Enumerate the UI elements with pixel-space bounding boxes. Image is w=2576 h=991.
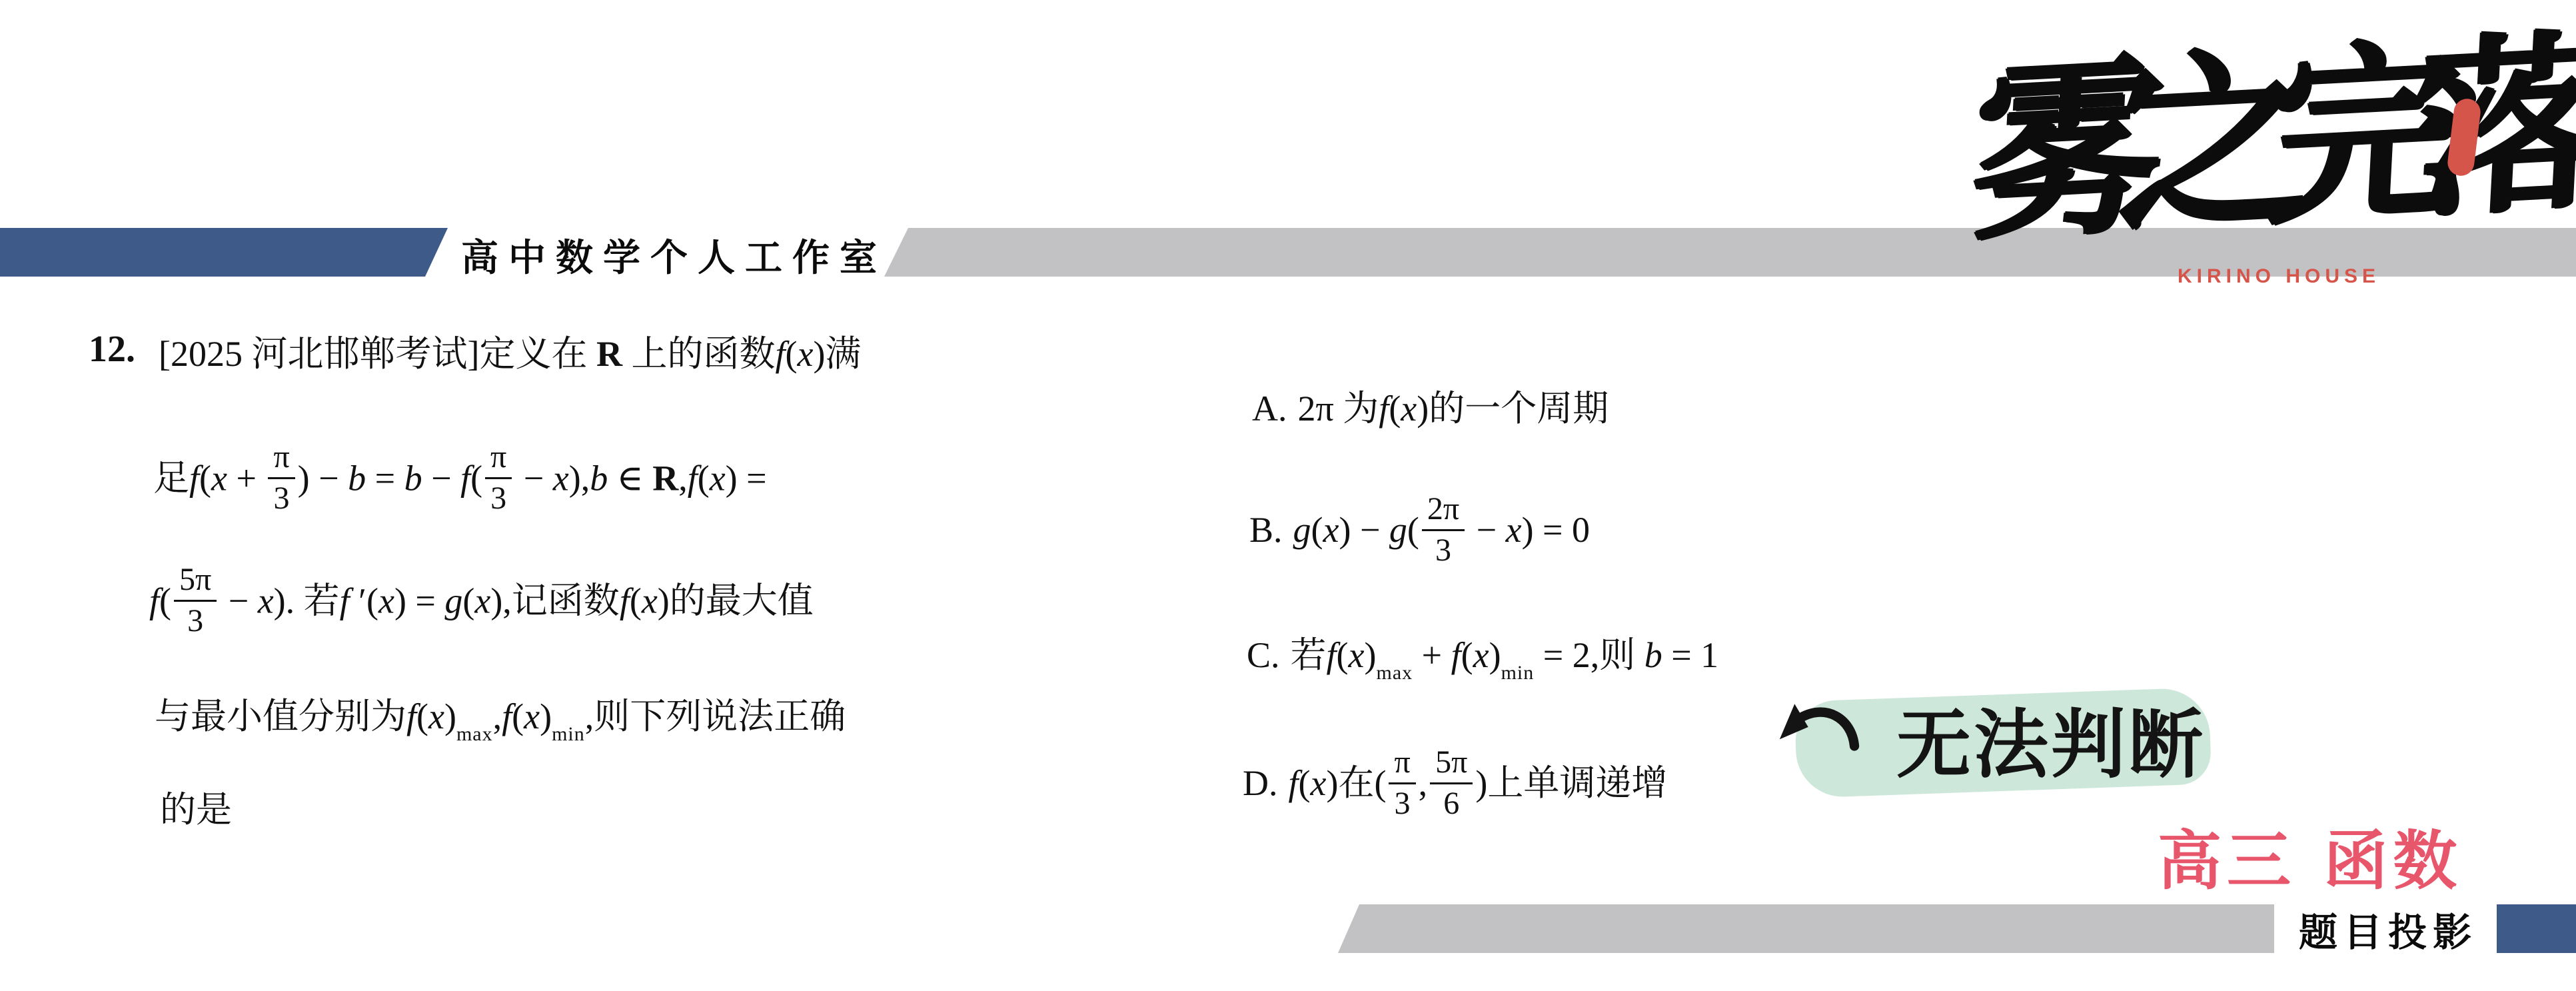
- option-label-c: C.: [1247, 635, 1280, 675]
- logo-calligraphy-text: 雾之完落: [1968, 31, 2571, 253]
- question-line-5: 的是: [160, 788, 232, 833]
- option-row-d: D.f(x)在(π3,5π6)上单调递增: [1207, 705, 1667, 868]
- question-line-1: [2025 河北邯郸考试]定义在 R 上的函数f(x)满: [159, 332, 861, 377]
- question-line-4: 与最小值分别为f(x)max,f(x)min,则下列说法正确: [155, 694, 846, 747]
- footer-gray-banner: [1338, 904, 2274, 953]
- top-blue-banner: [0, 228, 448, 277]
- option-math-b: g(x) − g(2π3 − x) = 0: [1293, 510, 1590, 550]
- option-math-c: 若f(x)max + f(x)min = 2,则 b = 1: [1291, 635, 1719, 675]
- annotation-text: 无法判断: [1896, 685, 2206, 792]
- option-math-d: f(x)在(π3,5π6)上单调递增: [1289, 763, 1668, 803]
- option-label-d: D.: [1243, 763, 1278, 803]
- question-line-3: f(5π3 − x). 若f ′(x) = g(x),记函数f(x)的最大值: [149, 568, 814, 641]
- slide-page: 高中数学个人工作室 雾之完落 KIRINO HOUSE 12. [2025 河北…: [0, 0, 2576, 991]
- option-math-a: 2π 为f(x)的一个周期: [1298, 389, 1609, 429]
- curved-left-arrow-icon: [1772, 696, 1864, 764]
- footer-label: 题目投影: [2299, 904, 2477, 953]
- question-line-2: 足f(x + π3) − b = b − f(π3 − x),b ∈ R,f(x…: [153, 445, 767, 518]
- question-number: 12.: [89, 328, 135, 371]
- kirino-house-logo: 雾之完落 KIRINO HOUSE: [1952, 20, 2576, 300]
- logo-subtitle: KIRINO HOUSE: [2178, 265, 2380, 288]
- grade-topic-tag: 高三 函数: [2158, 810, 2462, 902]
- option-label-a: A.: [1252, 389, 1287, 429]
- option-label-b: B.: [1249, 510, 1283, 550]
- studio-title: 高中数学个人工作室: [461, 231, 887, 279]
- footer-blue-block: [2497, 904, 2576, 953]
